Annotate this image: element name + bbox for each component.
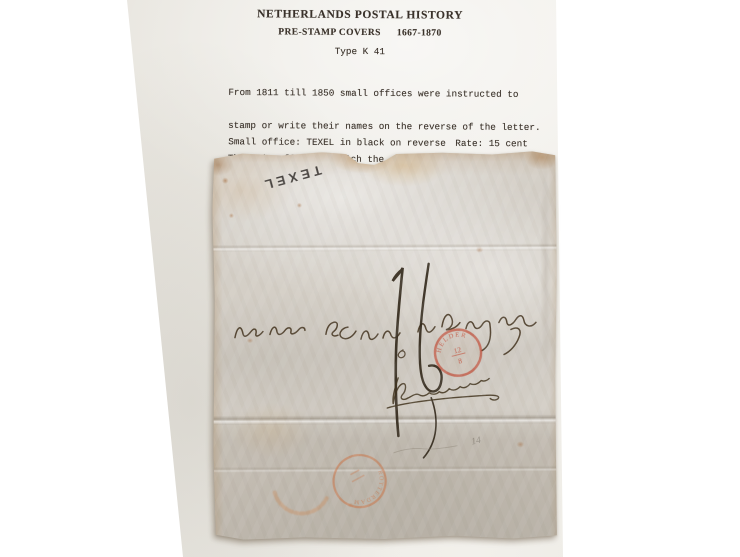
photo-canvas: NETHERLANDS POSTAL HISTORY PRE-STAMP COV…	[0, 0, 740, 557]
exhibit-header: NETHERLANDS POSTAL HISTORY PRE-STAMP COV…	[150, 0, 570, 58]
description-line: From 1811 till 1850 small offices were i…	[228, 87, 552, 100]
pencil-script	[393, 446, 457, 453]
rate-line: Rate: 15 cent	[455, 138, 528, 150]
pencil-note: 14	[470, 436, 481, 448]
series-years: 1667-1870	[397, 28, 442, 38]
series-label: PRE-STAMP COVERS	[278, 27, 381, 38]
small-office-line: Small office: TEXEL in black on reverse	[228, 136, 446, 149]
partial-red-stamp	[269, 480, 333, 522]
series-line: PRE-STAMP COVERS1667-1870	[150, 27, 570, 40]
folded-letter: TEXEL	[212, 149, 558, 540]
page-title: NETHERLANDS POSTAL HISTORY	[150, 8, 570, 23]
address-script	[235, 314, 536, 358]
